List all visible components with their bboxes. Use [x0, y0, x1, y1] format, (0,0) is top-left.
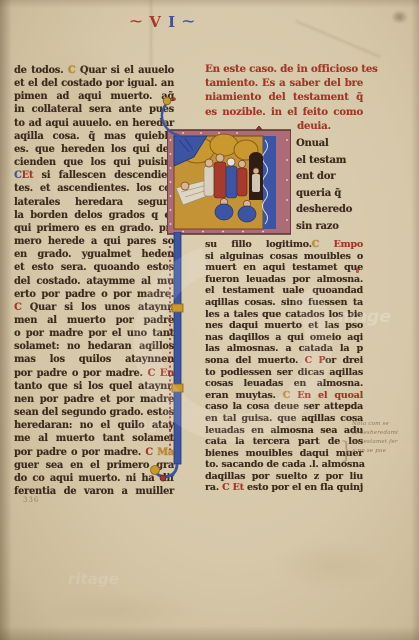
text-run: aqillas cosas. sino fuessen ta [205, 297, 363, 308]
text-run: su fillo logitimo. [205, 239, 312, 250]
doorway-figure-body [252, 174, 260, 192]
text-line: nas daqillos a qui omeio aqi [205, 332, 363, 344]
gold-leaf-terminal [151, 466, 160, 475]
text-line: sona del muerto. C Por drei [205, 355, 363, 367]
text-line: cienden que los qui puisin. [14, 156, 174, 169]
red-margin-mark [356, 268, 359, 273]
rubric-heading-right-column: En este caso. de in officioso testamient… [205, 62, 363, 133]
parchment-crease [150, 0, 152, 66]
text-run: tes. et ascendientes. los col [14, 183, 174, 194]
heading-flourish-left: ⁓ [130, 14, 143, 28]
text-run: sona del muerto. [205, 355, 305, 366]
red-berry-terminal [160, 475, 166, 481]
page-edge-shadow [0, 626, 419, 640]
text-line: leuadas en almosna sea adu [205, 425, 363, 437]
text-line: en tal guisa. que aqillas cosa [205, 413, 363, 425]
gold-knot [172, 304, 183, 312]
text-run: Quar si el auuelo [75, 65, 174, 76]
text-run: to podiessen ser dicas aqillas [205, 367, 363, 378]
page-edge-shadow-right [411, 0, 419, 640]
text-line: las almosnas. a catada la p [205, 343, 363, 355]
text-run: nas daqillos a qui omeio aqi [205, 332, 363, 343]
text-line: et el del costado por igual. an [14, 77, 174, 90]
figure-head-coifed [227, 158, 235, 166]
text-line: muert en aqui testamet que [205, 262, 363, 274]
text-line: eran muytas. C En el quoal [205, 390, 363, 402]
text-line: Onual [296, 136, 362, 153]
rubric-run: C Et [222, 482, 244, 493]
text-run: eran muytas. [205, 390, 283, 401]
manuscript-page-photo: ⁓ V I ⁓ de todos. C Quar si el auueloet … [0, 0, 419, 640]
figure-white-robe [204, 166, 214, 196]
text-run: cosas leuadas en almosna. [205, 378, 363, 389]
text-line: laterales heredara segunt [14, 196, 174, 209]
doorway-figure-head [253, 168, 259, 174]
text-run: laterales heredara segunt [14, 197, 174, 208]
dying-figure-head [181, 182, 189, 190]
text-line: fueron leuadas por almosna. [205, 274, 363, 286]
text-run: es. que hereden los qui des [14, 144, 174, 155]
text-line: aqillas cosas. sino fuessen ta [205, 297, 363, 309]
text-line: daqillas por suelto z por liu [205, 471, 363, 483]
rubric-run: niamiento del testament q̃ [205, 91, 363, 103]
watermark-text-fragment: ritage [68, 570, 119, 588]
rubric-run: tamiento. Es a saber del bre [205, 77, 363, 89]
heading-flourish-right: ⁓ [182, 14, 195, 28]
figure-head [216, 154, 224, 162]
text-run: si fallescen descendien [33, 170, 174, 181]
text-line: cosas leuadas en almosna. [205, 378, 363, 390]
marginal-annotation-line: po testamet fer [352, 438, 410, 447]
text-line: de todos. C Quar si el auuelo [14, 64, 174, 77]
parchment-stain [270, 540, 390, 590]
text-run: si alguinas cosas mouibles o [205, 251, 363, 262]
text-line: su fillo logitimo.C Empo [205, 239, 363, 251]
blue-paraph-run: C [14, 170, 22, 181]
text-beside-miniature: Onualel testament dorqueria q̃desheredos… [296, 136, 362, 236]
text-run: Onual [296, 138, 329, 149]
initial-descender-tail [146, 232, 206, 488]
kneeling-figure-blue-2 [238, 206, 256, 222]
text-line: tes. et ascendientes. los col [14, 182, 174, 195]
text-line: tamiento. Es a saber del bre [205, 76, 363, 90]
text-line: ent dor [296, 169, 362, 186]
marginal-annotation-line: Nota com se [352, 420, 410, 429]
text-run: cienden que los qui puisin. [14, 157, 174, 168]
text-run: el testam [296, 155, 346, 166]
marginal-brace: } [340, 436, 353, 464]
rubric-run: Empo [319, 239, 363, 250]
rubric-run: Et [22, 170, 34, 181]
text-run: ent dor [296, 171, 335, 182]
text-line: desheredo [296, 202, 362, 219]
red-berry [172, 97, 176, 101]
figure-blue-robe [226, 166, 237, 198]
heading-numeral-i: I [168, 13, 176, 31]
text-line: es. que hereden los qui des [14, 143, 174, 156]
text-run: desheredo [296, 204, 352, 215]
text-run: caso la cosa deue ser attepda [205, 401, 363, 412]
text-run: daqillas por suelto z por liu [205, 471, 363, 482]
text-run: sin razo [296, 221, 339, 232]
text-line: niamiento del testament q̃ [205, 90, 363, 104]
kneeling-figure-blue [215, 204, 233, 220]
text-line: les a tales que catados los bie [205, 309, 363, 321]
rubric-run: En este caso. de in officioso tes [205, 63, 378, 75]
parchment-crease [295, 20, 380, 58]
rubric-run: es nozible. in el feito como [205, 106, 363, 118]
pencil-folio-number: 336 [23, 496, 39, 504]
text-run: en tal guisa. que aqillas cosa [205, 413, 363, 424]
gold-canopy [210, 134, 238, 156]
text-line: sin razo [296, 219, 362, 236]
blue-vine [162, 103, 180, 136]
figure-red-robe [214, 162, 226, 198]
text-line: En este caso. de in officioso tes [205, 62, 363, 76]
text-line: si alguinas cosas mouibles o [205, 251, 363, 263]
marginal-annotation-line: et desheredami [352, 429, 410, 438]
marginal-annotation-line: q no se pue [352, 447, 410, 456]
text-run: queria q̃ [296, 188, 341, 199]
binding-shadow [0, 0, 12, 640]
text-line: queria q̃ [296, 186, 362, 203]
rubric-run: C P [305, 355, 326, 366]
text-run: or drei [325, 355, 363, 366]
text-run: las almosnas. a catada la p [205, 343, 363, 354]
heading-numeral-v: V [149, 13, 162, 31]
text-run: les a tales que catados los bie [205, 309, 363, 320]
text-run: et el del costado por igual. an [14, 78, 174, 89]
rubric-run: En el quoal [290, 390, 363, 401]
ink-smudge-top-right [391, 10, 408, 24]
text-run: esto por el en fla quinj [244, 482, 363, 493]
marginal-annotation: Nota com seet desheredamipo testamet fer… [352, 420, 410, 456]
doorway-arch [249, 152, 263, 164]
figure-head [205, 159, 213, 167]
blue-bar [174, 232, 181, 464]
text-line: nes daqui muerto et las pso [205, 320, 363, 332]
text-line: ra. C Et esto por el en fla quinj [205, 482, 363, 494]
gold-knot-2 [172, 384, 183, 392]
text-line: caso la cosa deue ser attepda [205, 401, 363, 413]
gold-leaf [163, 97, 171, 105]
illuminated-initial-miniature [167, 126, 291, 238]
figure-red-robe-2 [237, 168, 247, 196]
text-run: por padre o por madre. [14, 368, 147, 379]
ivy-flourish-top [142, 94, 182, 138]
blue-filigree-panel [263, 136, 276, 229]
text-line: es nozible. in el feito como [205, 105, 363, 119]
page-edge-shadow-top [0, 0, 419, 8]
text-line: to podiessen ser dicas aqillas [205, 367, 363, 379]
text-run: ra. [205, 482, 222, 493]
parchment-stain [40, 590, 200, 630]
text-run: leuadas en almosna sea adu [205, 425, 363, 436]
text-run: fueron leuadas por almosna. [205, 274, 363, 285]
rubric-run: C [14, 302, 22, 313]
quire-heading-numeral: ⁓ V I ⁓ [130, 13, 195, 31]
text-line: el testam [296, 153, 362, 170]
text-run: muert en aqui testamet que [205, 262, 363, 273]
text-line: la borden delos grados q el [14, 209, 174, 222]
text-run: de todos. [14, 65, 68, 76]
text-run: nes daqui muerto et las pso [205, 320, 363, 331]
text-run: la borden delos grados q el [14, 210, 174, 221]
rubric-run: deuia. [297, 120, 331, 132]
text-run: el testament uale quoandad [205, 285, 363, 296]
figure-head [238, 160, 245, 167]
text-line: el testament uale quoandad [205, 285, 363, 297]
text-run: por padre o por madre. [14, 447, 145, 458]
text-line: CEt si fallescen descendien [14, 169, 174, 182]
